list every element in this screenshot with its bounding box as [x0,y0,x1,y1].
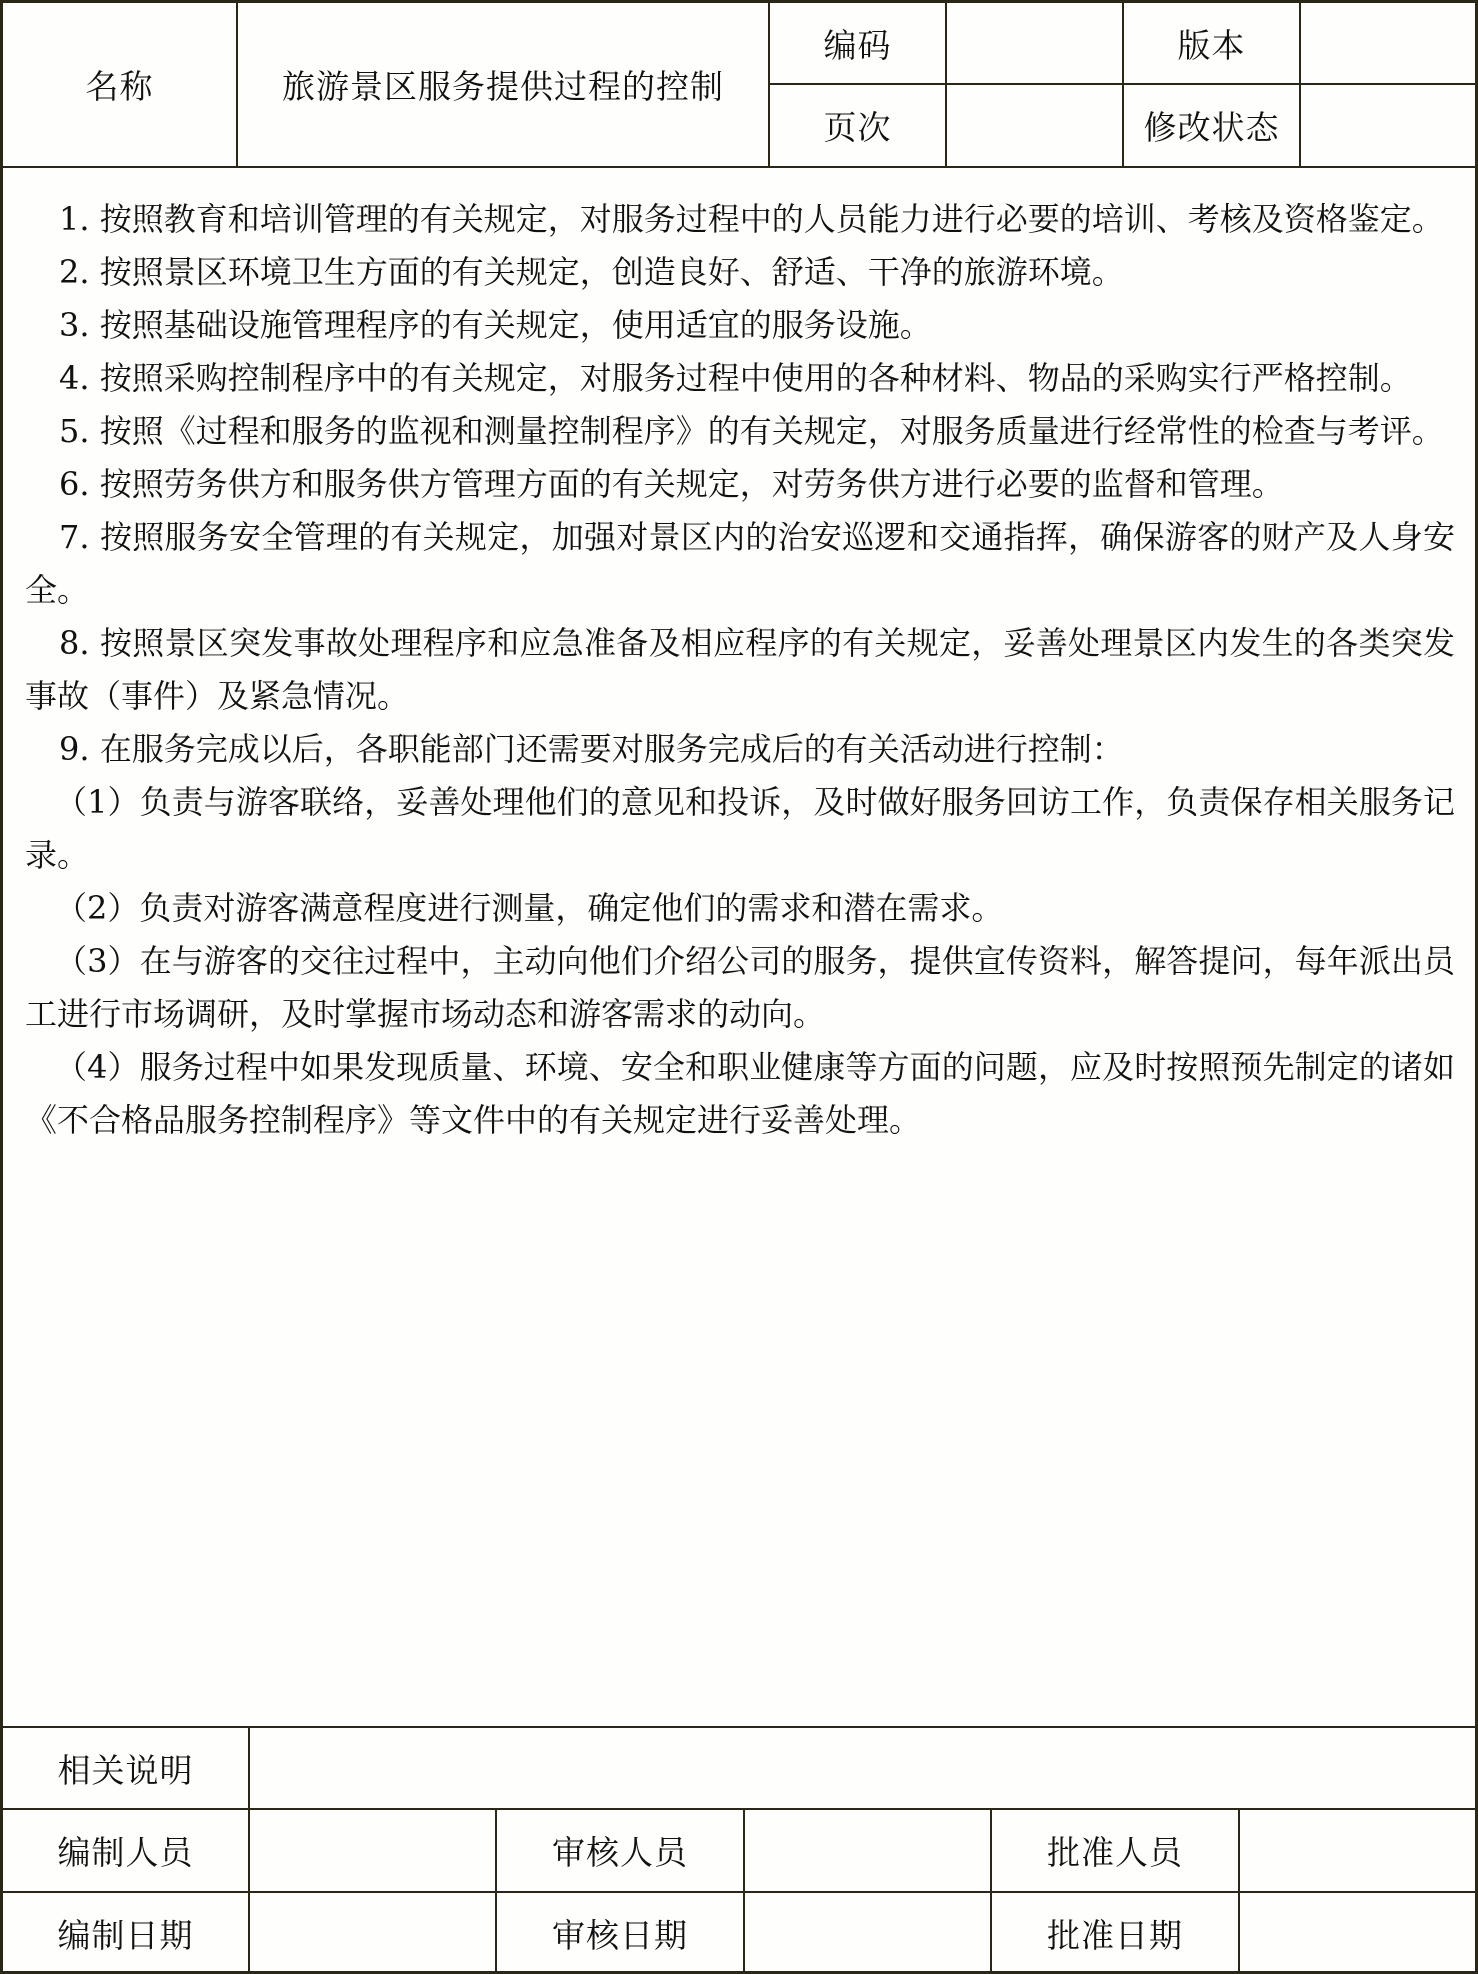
name-label: 名称 [3,3,236,166]
prepared-by-label: 编制人员 [3,1810,248,1891]
code-field[interactable] [947,3,1122,83]
reviewed-by-label: 审核人员 [497,1810,743,1891]
approved-by-label: 批准人员 [992,1810,1238,1891]
code-label: 编码 [770,3,945,83]
version-label: 版本 [1124,3,1299,83]
prepared-date-label: 编制日期 [3,1893,248,1973]
procedure-subitem-3: （3）在与游客的交往过程中，主动向他们介绍公司的服务，提供宣传资料，解答提问，每… [25,935,1455,1041]
procedure-item-3: 3. 按照基础设施管理程序的有关规定，使用适宜的服务设施。 [25,299,1455,352]
notes-field[interactable] [250,1728,1475,1808]
document-title: 旅游景区服务提供过程的控制 [238,3,768,166]
prepared-by-field[interactable] [250,1810,495,1891]
procedure-subitem-2: （2）负责对游客满意程度进行测量，确定他们的需求和潜在需求。 [25,882,1455,935]
reviewed-by-field[interactable] [745,1810,990,1891]
procedure-subitem-1: （1）负责与游客联络，妥善处理他们的意见和投诉，及时做好服务回访工作，负责保存相… [25,776,1455,882]
header-table: 名称 旅游景区服务提供过程的控制 编码 版本 页次 修改状态 [3,3,1475,168]
revision-status-field[interactable] [1301,85,1475,166]
document-form: 名称 旅游景区服务提供过程的控制 编码 版本 页次 修改状态 1. 按照教育和培… [0,0,1478,1974]
page-label: 页次 [770,85,945,166]
page-field[interactable] [947,85,1122,166]
procedure-content: 1. 按照教育和培训管理的有关规定，对服务过程中的人员能力进行必要的培训、考核及… [25,193,1455,1147]
prepared-date-field[interactable] [250,1893,495,1973]
procedure-item-8: 8. 按照景区突发事故处理程序和应急准备及相应程序的有关规定，妥善处理景区内发生… [25,617,1455,723]
signoff-table: 相关说明 编制人员 审核人员 批准人员 编制日期 审核日期 批准日期 [3,1726,1475,1973]
procedure-item-4: 4. 按照采购控制程序中的有关规定，对服务过程中使用的各种材料、物品的采购实行严… [25,352,1455,405]
procedure-subitem-4: （4）服务过程中如果发现质量、环境、安全和职业健康等方面的问题，应及时按照预先制… [25,1041,1455,1147]
procedure-item-6: 6. 按照劳务供方和服务供方管理方面的有关规定，对劳务供方进行必要的监督和管理。 [25,458,1455,511]
procedure-item-5: 5. 按照《过程和服务的监视和测量控制程序》的有关规定，对服务质量进行经常性的检… [25,405,1455,458]
procedure-item-9: 9. 在服务完成以后，各职能部门还需要对服务完成后的有关活动进行控制： [25,723,1455,776]
approved-date-label: 批准日期 [992,1893,1238,1973]
approved-date-field[interactable] [1240,1893,1475,1973]
reviewed-date-label: 审核日期 [497,1893,743,1973]
procedure-item-7: 7. 按照服务安全管理的有关规定，加强对景区内的治安巡逻和交通指挥，确保游客的财… [25,511,1455,617]
reviewed-date-field[interactable] [745,1893,990,1973]
notes-label: 相关说明 [3,1728,248,1808]
approved-by-field[interactable] [1240,1810,1475,1891]
procedure-item-2: 2. 按照景区环境卫生方面的有关规定，创造良好、舒适、干净的旅游环境。 [25,246,1455,299]
version-field[interactable] [1301,3,1475,83]
revision-status-label: 修改状态 [1124,85,1299,166]
procedure-item-1: 1. 按照教育和培训管理的有关规定，对服务过程中的人员能力进行必要的培训、考核及… [25,193,1455,246]
